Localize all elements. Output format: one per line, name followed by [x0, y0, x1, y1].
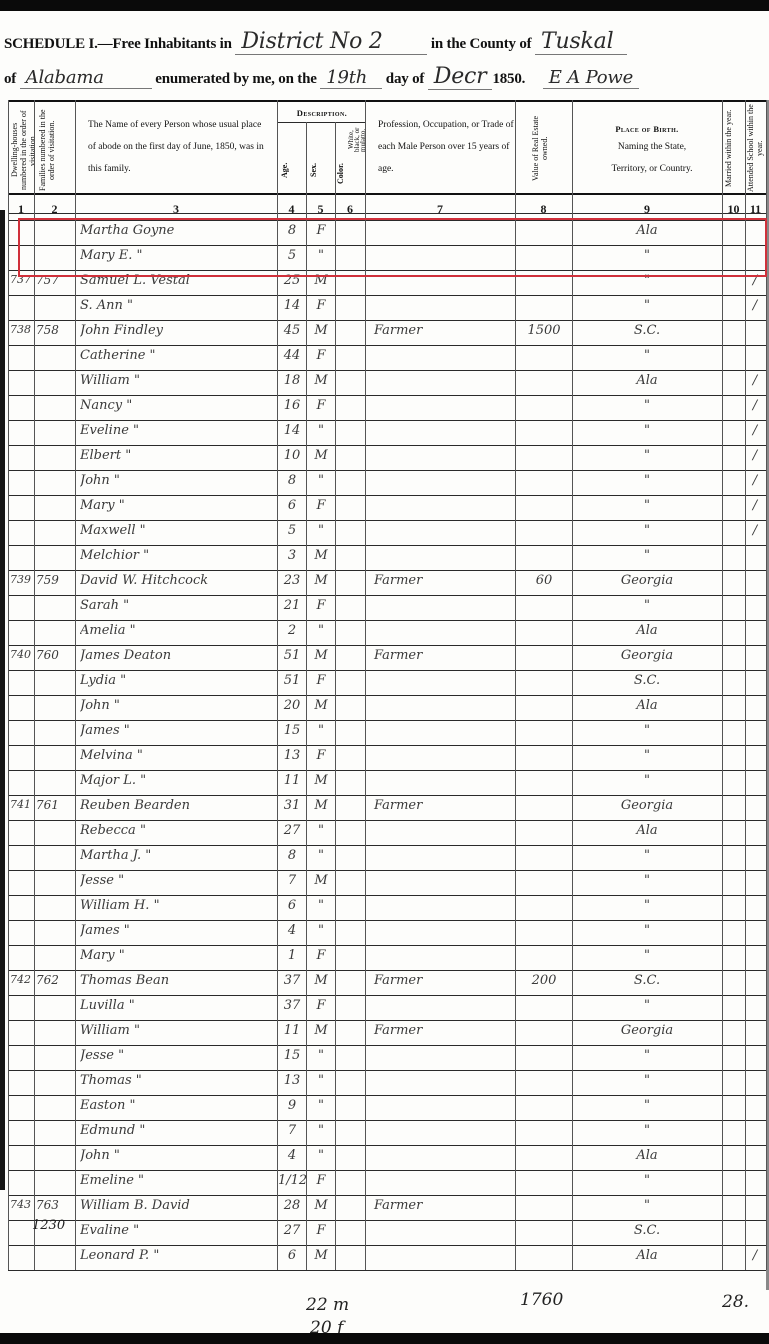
family-number: 763 [36, 1198, 74, 1212]
column-number-10: 10 [722, 202, 745, 217]
person-name: Thomas " [80, 1073, 276, 1088]
occupation: Farmer [370, 798, 518, 813]
header-sex: Sex. [309, 150, 333, 190]
birthplace: " [574, 923, 720, 938]
sex: " [307, 898, 335, 913]
header-description: Description. [278, 108, 366, 118]
birthplace: " [574, 1123, 720, 1138]
person-name: William H. " [80, 898, 276, 913]
dwelling-number: 740 [10, 648, 34, 661]
header-real-estate: Value of Real Estate owned. [531, 106, 557, 190]
table-top-rule [8, 100, 766, 102]
census-row: James "15"" [8, 720, 766, 745]
birthplace: " [574, 1198, 720, 1213]
age: 14 [278, 423, 306, 438]
birthplace: " [574, 598, 720, 613]
person-name: James " [80, 923, 276, 938]
birthplace: " [574, 1173, 720, 1188]
header-age: Age. [280, 150, 304, 190]
sex: M [307, 448, 335, 463]
census-row: Leonard P. "6MAla/ [8, 1245, 766, 1270]
sex: M [307, 873, 335, 888]
sex: M [307, 1198, 335, 1213]
birthplace: Georgia [574, 573, 720, 588]
school-mark: / [745, 448, 765, 463]
sex: F [307, 1173, 335, 1188]
age: 1/12 [278, 1173, 306, 1188]
birthplace: S.C. [574, 323, 720, 338]
age: 18 [278, 373, 306, 388]
occupation: Farmer [370, 1198, 518, 1213]
header-color: Color. [336, 158, 350, 190]
school-mark: / [745, 398, 765, 413]
census-row: William "11MFarmerGeorgia [8, 1020, 766, 1045]
age: 15 [278, 723, 306, 738]
birthplace: " [574, 398, 720, 413]
birthplace: " [574, 423, 720, 438]
person-name: James Deaton [80, 648, 276, 663]
census-row: Mary "6F"/ [8, 495, 766, 520]
birthplace: Ala [574, 1248, 720, 1263]
age: 7 [278, 873, 306, 888]
sex: " [307, 823, 335, 838]
person-name: William " [80, 373, 276, 388]
school-mark: / [745, 523, 765, 538]
person-name: Mary " [80, 498, 276, 513]
census-table: Dwelling-houses numbered in the order of… [8, 100, 766, 1290]
person-name: Maxwell " [80, 523, 276, 538]
real-estate-value: 200 [516, 973, 572, 988]
month-value: Decr [428, 64, 493, 90]
birthplace: S.C. [574, 1223, 720, 1238]
family-tally-note: 1230 [32, 1218, 65, 1233]
occupation: Farmer [370, 573, 518, 588]
person-name: Rebecca " [80, 823, 276, 838]
census-row: Martha J. "8"" [8, 845, 766, 870]
census-row: Thomas "13"" [8, 1070, 766, 1095]
age: 28 [278, 1198, 306, 1213]
sex: " [307, 623, 335, 638]
person-name: Major L. " [80, 773, 276, 788]
birthplace: Georgia [574, 1023, 720, 1038]
age: 13 [278, 1073, 306, 1088]
row-rule [8, 1270, 766, 1271]
person-name: William " [80, 1023, 276, 1038]
sex: M [307, 573, 335, 588]
birthplace: " [574, 298, 720, 313]
birthplace: " [574, 448, 720, 463]
sex: F [307, 748, 335, 763]
census-row: Luvilla "37F" [8, 995, 766, 1020]
sex: " [307, 1098, 335, 1113]
census-row: 743763William B. David28MFarmer" [8, 1195, 766, 1220]
person-name: Melvina " [80, 748, 276, 763]
family-number: 761 [36, 798, 74, 812]
county-value: Tuskal [535, 29, 627, 55]
person-name: Elbert " [80, 448, 276, 463]
header-family: Families numbered in the order of visita… [38, 108, 72, 192]
birthplace: " [574, 348, 720, 363]
birthplace: " [574, 1048, 720, 1063]
age: 1 [278, 948, 306, 963]
occupation: Farmer [370, 1023, 518, 1038]
sex: M [307, 1023, 335, 1038]
person-name: William B. David [80, 1198, 276, 1213]
census-row: S. Ann "14F"/ [8, 295, 766, 320]
person-name: Sarah " [80, 598, 276, 613]
schedule-title-line-1: SCHEDULE I.—Free Inhabitants in District… [4, 29, 627, 55]
age: 51 [278, 648, 306, 663]
person-name: Evaline " [80, 1223, 276, 1238]
birthplace: Ala [574, 623, 720, 638]
person-name: Martha J. " [80, 848, 276, 863]
family-number: 758 [36, 323, 74, 337]
age: 37 [278, 973, 306, 988]
state-value: Alabama [20, 67, 152, 89]
age: 4 [278, 1148, 306, 1163]
birthplace: " [574, 873, 720, 888]
person-name: Luvilla " [80, 998, 276, 1013]
sex: F [307, 398, 335, 413]
sex: " [307, 848, 335, 863]
sex: F [307, 598, 335, 613]
sex: M [307, 373, 335, 388]
census-row: Jesse "15"" [8, 1045, 766, 1070]
real-estate-value: 60 [516, 573, 572, 588]
census-row: Melvina "13F" [8, 745, 766, 770]
column-number-2: 2 [34, 202, 75, 217]
census-row: William "18MAla/ [8, 370, 766, 395]
schedule-label: SCHEDULE I.—Free Inhabitants in [4, 36, 232, 52]
sex: M [307, 698, 335, 713]
age: 45 [278, 323, 306, 338]
age: 2 [278, 623, 306, 638]
occupation: Farmer [370, 648, 518, 663]
birthplace: " [574, 748, 720, 763]
sex: F [307, 498, 335, 513]
header-birthplace-title: Place of Birth. [574, 124, 720, 134]
school-mark: / [745, 498, 765, 513]
occupation: Farmer [370, 323, 518, 338]
sex: " [307, 723, 335, 738]
enumerator-signature: E A Powe [543, 67, 639, 89]
column-number-9: 9 [572, 202, 722, 217]
age: 51 [278, 673, 306, 688]
birthplace: " [574, 948, 720, 963]
census-row: Eveline "14""/ [8, 420, 766, 445]
highlighted-record [18, 218, 767, 277]
header-rule [8, 193, 766, 195]
person-name: Nancy " [80, 398, 276, 413]
person-name: Melchior " [80, 548, 276, 563]
birthplace: " [574, 998, 720, 1013]
scan-left-edge [0, 210, 5, 1190]
header-name: The Name of every Person whose usual pla… [88, 114, 270, 180]
person-name: John " [80, 473, 276, 488]
dwelling-number: 738 [10, 323, 34, 336]
census-row: 741761Reuben Bearden31MFarmerGeorgia [8, 795, 766, 820]
census-row: John "4"Ala [8, 1145, 766, 1170]
birthplace: " [574, 473, 720, 488]
census-row: Nancy "16F"/ [8, 395, 766, 420]
sex: M [307, 773, 335, 788]
birthplace: " [574, 523, 720, 538]
family-number: 760 [36, 648, 74, 662]
birthplace: Ala [574, 1148, 720, 1163]
birthplace: Ala [574, 373, 720, 388]
age: 44 [278, 348, 306, 363]
sex: " [307, 1048, 335, 1063]
age: 20 [278, 698, 306, 713]
school-total: 28. [722, 1292, 749, 1312]
age: 11 [278, 773, 306, 788]
census-row: Major L. "11M" [8, 770, 766, 795]
person-name: John Findley [80, 323, 276, 338]
person-name: Jesse " [80, 873, 276, 888]
person-name: Jesse " [80, 1048, 276, 1063]
age: 10 [278, 448, 306, 463]
age: 21 [278, 598, 306, 613]
sex: F [307, 1223, 335, 1238]
age: 16 [278, 398, 306, 413]
real-estate-total: 1760 [520, 1290, 563, 1310]
dwelling-number: 741 [10, 798, 34, 811]
birthplace: S.C. [574, 973, 720, 988]
person-name: Eveline " [80, 423, 276, 438]
sex: M [307, 973, 335, 988]
birthplace: " [574, 1098, 720, 1113]
occupation: Farmer [370, 973, 518, 988]
header-color-note: White, black, or mulatto. [348, 122, 366, 158]
person-name: James " [80, 723, 276, 738]
column-number-7: 7 [365, 202, 515, 217]
real-estate-value: 1500 [516, 323, 572, 338]
census-row: Sarah "21F" [8, 595, 766, 620]
birthplace: Georgia [574, 798, 720, 813]
person-name: Mary " [80, 948, 276, 963]
person-name: David W. Hitchcock [80, 573, 276, 588]
person-name: S. Ann " [80, 298, 276, 313]
age: 6 [278, 1248, 306, 1263]
birthplace: " [574, 848, 720, 863]
birthplace: " [574, 548, 720, 563]
column-number-3: 3 [75, 202, 277, 217]
census-row: Melchior "3M" [8, 545, 766, 570]
day-of-label: day of [386, 71, 424, 87]
sex: F [307, 998, 335, 1013]
column-number-11: 11 [745, 202, 766, 217]
birthplace: " [574, 898, 720, 913]
age: 37 [278, 998, 306, 1013]
sex: M [307, 323, 335, 338]
census-row: Catherine "44F" [8, 345, 766, 370]
header-school: Attended School within the year. [746, 104, 766, 192]
school-mark: / [745, 373, 765, 388]
enumerated-label: enumerated by me, on the [155, 71, 316, 87]
age: 9 [278, 1098, 306, 1113]
column-number-1: 1 [8, 202, 34, 217]
age: 31 [278, 798, 306, 813]
header-birthplace: Naming the State, Territory, or Country. [602, 136, 702, 180]
age: 27 [278, 1223, 306, 1238]
person-name: Emeline " [80, 1173, 276, 1188]
census-row: Rebecca "27"Ala [8, 820, 766, 845]
sex: " [307, 423, 335, 438]
age: 3 [278, 548, 306, 563]
birthplace: Ala [574, 698, 720, 713]
dwelling-number: 739 [10, 573, 34, 586]
census-row: Amelia "2"Ala [8, 620, 766, 645]
census-row: Easton "9"" [8, 1095, 766, 1120]
column-number-5: 5 [306, 202, 335, 217]
age: 23 [278, 573, 306, 588]
state-prefix: of [4, 71, 16, 87]
sex: F [307, 298, 335, 313]
census-row: Jesse "7M" [8, 870, 766, 895]
birthplace: Georgia [574, 648, 720, 663]
age: 4 [278, 923, 306, 938]
sex: F [307, 948, 335, 963]
census-row: Mary "1F" [8, 945, 766, 970]
person-name: Lydia " [80, 673, 276, 688]
family-number: 762 [36, 973, 74, 987]
person-name: John " [80, 1148, 276, 1163]
sex: " [307, 1123, 335, 1138]
person-name: Thomas Bean [80, 973, 276, 988]
sex: M [307, 548, 335, 563]
birthplace: " [574, 723, 720, 738]
census-row: 738758John Findley45MFarmer1500S.C. [8, 320, 766, 345]
age: 6 [278, 498, 306, 513]
age: 8 [278, 473, 306, 488]
description-rule [277, 122, 365, 123]
census-row: Elbert "10M"/ [8, 445, 766, 470]
sex: M [307, 1248, 335, 1263]
age: 15 [278, 1048, 306, 1063]
sex: " [307, 1148, 335, 1163]
header-rule [8, 213, 766, 214]
family-number: 759 [36, 573, 74, 587]
birthplace: " [574, 773, 720, 788]
census-row: Evaline "27FS.C. [8, 1220, 766, 1245]
column-number-4: 4 [277, 202, 306, 217]
census-row: 740760James Deaton51MFarmerGeorgia [8, 645, 766, 670]
person-name: Edmund " [80, 1123, 276, 1138]
birthplace: " [574, 498, 720, 513]
school-mark: / [745, 298, 765, 313]
birthplace: S.C. [574, 673, 720, 688]
district-value: District No 2 [235, 29, 427, 55]
schedule-title-line-2: of Alabama enumerated by me, on the 19th… [4, 64, 639, 90]
age: 6 [278, 898, 306, 913]
person-name: Leonard P. " [80, 1248, 276, 1263]
header-married: Married within the year. [724, 104, 744, 192]
sex: F [307, 348, 335, 363]
school-mark: / [745, 1248, 765, 1263]
scan-top-border [0, 0, 769, 11]
census-row: John "8""/ [8, 470, 766, 495]
person-name: Catherine " [80, 348, 276, 363]
sex: M [307, 648, 335, 663]
birthplace: Ala [574, 823, 720, 838]
age: 13 [278, 748, 306, 763]
age: 14 [278, 298, 306, 313]
sex: F [307, 673, 335, 688]
age: 8 [278, 848, 306, 863]
day-value: 19th [320, 67, 382, 89]
header-occupation: Profession, Occupation, or Trade of each… [378, 114, 518, 180]
census-row: Lydia "51FS.C. [8, 670, 766, 695]
age: 7 [278, 1123, 306, 1138]
census-row: 739759David W. Hitchcock23MFarmer60Georg… [8, 570, 766, 595]
person-name: Amelia " [80, 623, 276, 638]
total-males: 22 m [306, 1295, 349, 1315]
person-name: Easton " [80, 1098, 276, 1113]
census-row: 742762Thomas Bean37MFarmer200S.C. [8, 970, 766, 995]
column-number-6: 6 [335, 202, 365, 217]
age: 11 [278, 1023, 306, 1038]
dwelling-number: 742 [10, 973, 34, 986]
county-label: in the County of [431, 36, 532, 52]
census-row: Maxwell "5""/ [8, 520, 766, 545]
sex: " [307, 473, 335, 488]
header-dwelling: Dwelling-houses numbered in the order of… [10, 108, 34, 192]
person-name: John " [80, 698, 276, 713]
sex: M [307, 798, 335, 813]
age: 5 [278, 523, 306, 538]
school-mark: / [745, 423, 765, 438]
year-value: 1850. [492, 71, 525, 87]
census-row: James "4"" [8, 920, 766, 945]
census-row: Edmund "7"" [8, 1120, 766, 1145]
birthplace: " [574, 1073, 720, 1088]
person-name: Reuben Bearden [80, 798, 276, 813]
sex: " [307, 923, 335, 938]
census-row: Emeline "1/12F" [8, 1170, 766, 1195]
sex: " [307, 1073, 335, 1088]
census-row: John "20MAla [8, 695, 766, 720]
scan-bottom-border [0, 1333, 769, 1344]
age: 27 [278, 823, 306, 838]
school-mark: / [745, 473, 765, 488]
sex: " [307, 523, 335, 538]
dwelling-number: 743 [10, 1198, 34, 1211]
column-number-8: 8 [515, 202, 572, 217]
census-row: William H. "6"" [8, 895, 766, 920]
